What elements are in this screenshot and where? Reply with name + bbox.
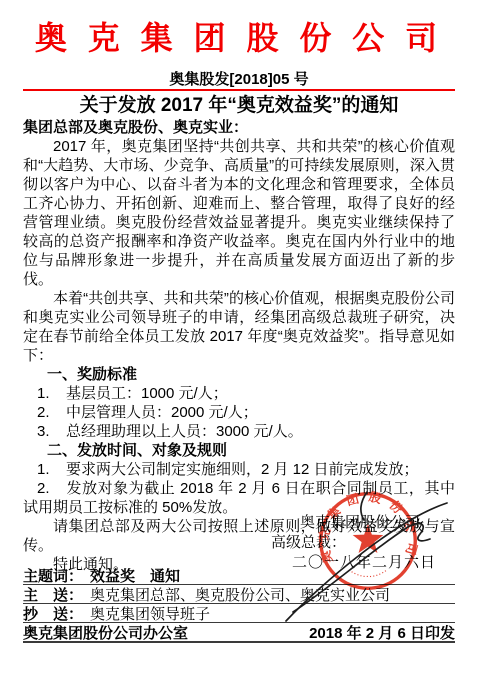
cc-label: 抄 送：	[23, 603, 83, 624]
item-text: 中层管理人员：2000 元/人；	[66, 404, 258, 421]
paragraph-2: 本着“共创共享、共和共荣”的核心价值观，根据奥克股份公司和奥克实业公司领导班子的…	[23, 289, 455, 365]
official-document-page: 奥 克 集 团 股 份 公 司 奥集股发[2018]05 号 关于发放 2017…	[0, 0, 478, 680]
issuing-office: 奥克集团股份公司办公室	[23, 622, 188, 643]
footer-issuer-row: 奥克集团股份公司办公室 2018 年 2 月 6 日印发	[23, 623, 455, 643]
list-item: 3.总经理助理以上人员：3000 元/人。	[23, 422, 455, 441]
item-text: 总经理助理以上人员：3000 元/人。	[66, 423, 303, 440]
item-text: 发放对象为截止 2018 年 2 月 6 日在职合同制员工，其中试用期员工按标准…	[23, 480, 455, 516]
document-number: 奥集股发[2018]05 号	[23, 72, 455, 88]
company-letterhead-title: 奥 克 集 团 股 份 公 司	[23, 20, 455, 56]
to-value: 奥克集团总部、奥克股份公司、奥克实业公司	[90, 584, 390, 605]
document-title: 关于发放 2017 年“奥克效益奖”的通知	[23, 93, 455, 118]
section-1-title: 奖励标准	[77, 366, 137, 383]
footer-to-row: 主 送： 奥克集团总部、奥克股份公司、奥克实业公司	[23, 585, 455, 604]
item-text: 基层员工：1000 元/人；	[66, 385, 228, 402]
print-date: 2018 年 2 月 6 日印发	[309, 622, 455, 643]
footer-cc-row: 抄 送： 奥克集团领导班子	[23, 604, 455, 623]
section-2-title: 发放时间、对象及规则	[77, 442, 227, 459]
paragraph-1: 2017 年，奥克集团坚持“共创共享、共和共荣”的核心价值观和“大趋势、大市场、…	[23, 137, 455, 289]
list-item: 1.基层员工：1000 元/人；	[23, 384, 455, 403]
red-divider-rule	[23, 89, 455, 91]
list-item: 1.要求两大公司制定实施细则，2 月 12 日前完成发放；	[23, 460, 455, 479]
item-number: 2.	[37, 479, 66, 498]
salutation: 集团总部及奥克股份、奥克实业：	[23, 118, 455, 137]
document-footer: 主题词： 效益奖 通知 主 送： 奥克集团总部、奥克股份公司、奥克实业公司 抄 …	[23, 567, 455, 643]
section-1-heading: 一、奖励标准	[23, 365, 455, 384]
section-1-number: 一、	[47, 365, 77, 384]
section-2-heading: 二、发放时间、对象及规则	[23, 441, 455, 460]
item-number: 3.	[37, 422, 66, 441]
item-number: 2.	[37, 403, 66, 422]
item-text: 要求两大公司制定实施细则，2 月 12 日前完成发放；	[66, 461, 419, 478]
list-item: 2.发放对象为截止 2018 年 2 月 6 日在职合同制员工，其中试用期员工按…	[23, 479, 455, 517]
list-item: 2.中层管理人员：2000 元/人；	[23, 403, 455, 422]
item-number: 1.	[37, 384, 66, 403]
section-2-number: 二、	[47, 441, 77, 460]
footer-subject-row: 主题词： 效益奖 通知	[23, 567, 455, 585]
to-label: 主 送：	[23, 584, 83, 605]
item-number: 1.	[37, 460, 66, 479]
signature-role: 高级总裁：	[271, 534, 346, 551]
cc-value: 奥克集团领导班子	[90, 603, 210, 624]
document-body: 集团总部及奥克股份、奥克实业： 2017 年，奥克集团坚持“共创共享、共和共荣”…	[23, 118, 455, 574]
signature-company: 奥克集团股份公司	[300, 514, 420, 531]
